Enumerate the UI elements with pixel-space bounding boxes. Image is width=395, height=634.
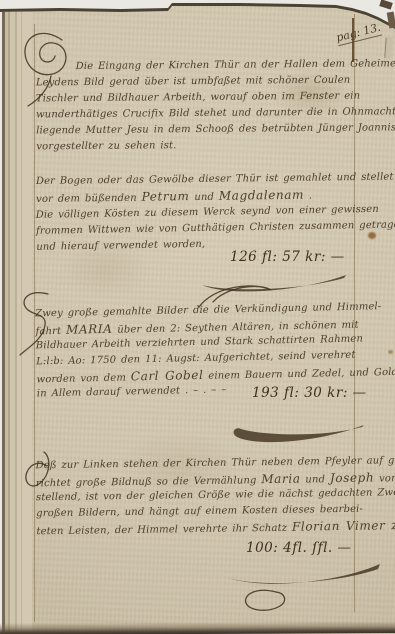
flourish-underline [228,420,370,452]
name-maria: MARIA [66,322,113,337]
sum-third-entry: 100: 4fl. ſfl. — [246,540,352,556]
foxing-spot [388,350,393,354]
line-text: vor dem büßenden [36,193,142,205]
line-text: und [300,474,330,485]
line-text: und [189,192,219,203]
name-magdalenam: Magdalenam [219,188,304,203]
handwritten-line: teten Leisten, der Himmel verehrte ihr S… [36,518,360,539]
line-text: vor- [374,473,395,484]
name-joseph: Joseph [330,471,375,486]
name-florian-vimer: Florian Vimer zu: [292,518,395,534]
bottom-page-edge [0,621,395,634]
line-text: fahrt [35,326,66,338]
name-maria: Maria [261,472,300,487]
manuscript-page: pag: 13. Die Eingang der Kirchen Thür an… [0,0,395,634]
flourish-underline [222,558,388,616]
paragraph-2: Der Bogen oder das Gewölbe dieser Thür i… [36,170,360,206]
manuscript-scan: pag: 13. Die Eingang der Kirchen Thür an… [0,0,395,634]
handwritten-line: liegende Mutter Jesu in dem Schooß des b… [36,121,360,140]
name-petrum: Petrum [142,189,190,204]
paragraph-1: Die Eingang der Kirchen Thür an der Hall… [36,57,361,156]
line-text: . [304,191,312,202]
handwritten-line: vorgestellter zu sehen ist. [36,137,360,156]
torn-paper-scrap [379,0,393,10]
page-number: pag: 13. [335,21,383,47]
line-text: teten Leisten, der Himmel verehrte ihr S… [36,523,292,538]
name-carl-gobel: Carl Gobel [131,368,204,384]
sum-second-entry: 193 fl: 30 kr: — [252,385,367,401]
line-text: einem Bauern und Zedel, und Gold dazu [203,366,395,382]
paragraph-3: Die völligen Kösten zu diesem Werck seyn… [36,202,361,256]
line-text: worden von dem [36,372,131,385]
paragraph-5: Deß zur Linken stehen der Kirchen Thür n… [35,454,360,539]
sum-first-entry: 126 fl: 57 kr: — [230,249,345,265]
foxing-spot [368,232,376,239]
